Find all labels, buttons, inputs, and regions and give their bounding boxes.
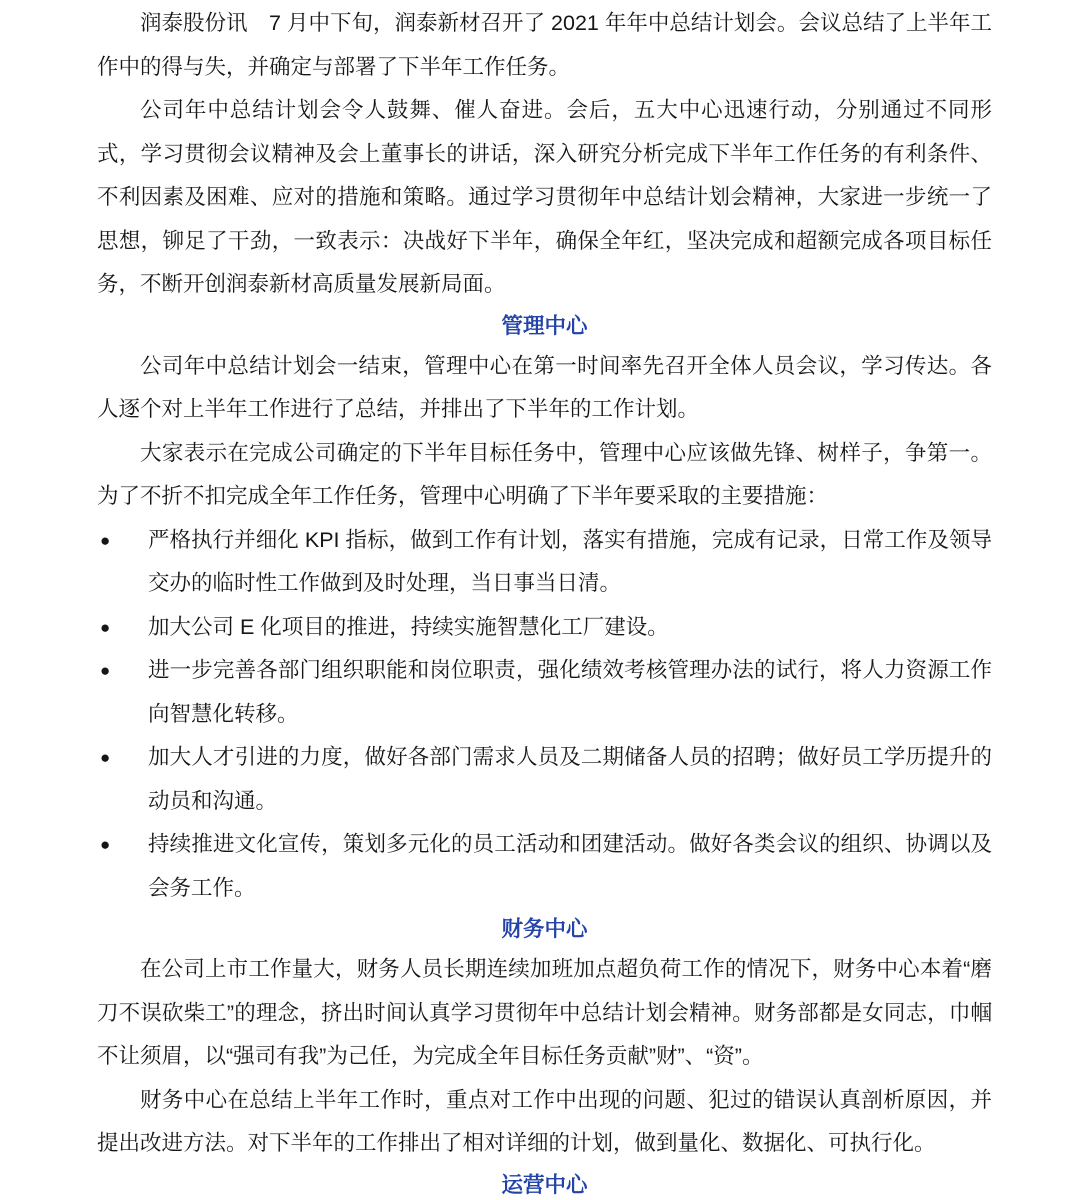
intro-paragraph-2: 公司年中总结计划会令人鼓舞、催人奋进。会后，五大中心迅速行动，分别通过不同形式，…: [97, 89, 992, 307]
bullet-icon: ●: [100, 736, 110, 780]
finance-paragraph-1: 在公司上市工作量大，财务人员长期连续加班加点超负荷工作的情况下，财务中心本着“磨…: [97, 948, 992, 1079]
list-item: ● 进一步完善各部门组织职能和岗位职责，强化绩效考核管理办法的试行，将人力资源工…: [97, 649, 992, 736]
intro-paragraph-1: 润泰股份讯 7 月中下旬，润泰新材召开了 2021 年年中总结计划会。会议总结了…: [97, 2, 992, 89]
bullet-text: 进一步完善各部门组织职能和岗位职责，强化绩效考核管理办法的试行，将人力资源工作向…: [148, 658, 992, 726]
bullet-text: 持续推进文化宣传，策划多元化的员工活动和团建活动。做好各类会议的组织、协调以及会…: [148, 832, 992, 900]
section-heading-finance-center: 财务中心: [97, 910, 992, 948]
management-paragraph-1: 公司年中总结计划会一结束，管理中心在第一时间率先召开全体人员会议，学习传达。各人…: [97, 345, 992, 432]
bullet-icon: ●: [100, 823, 110, 867]
list-item: ● 加大人才引进的力度，做好各部门需求人员及二期储备人员的招聘；做好员工学历提升…: [97, 736, 992, 823]
section-heading-operations-center: 运营中心: [97, 1166, 992, 1200]
bullet-text: 严格执行并细化 KPI 指标，做到工作有计划，落实有措施，完成有记录，日常工作及…: [148, 528, 992, 596]
list-item: ● 严格执行并细化 KPI 指标，做到工作有计划，落实有措施，完成有记录，日常工…: [97, 519, 992, 606]
bullet-text: 加大公司 E 化项目的推进，持续实施智慧化工厂建设。: [148, 615, 669, 639]
finance-paragraph-2: 财务中心在总结上半年工作时，重点对工作中出现的问题、犯过的错误认真剖析原因，并提…: [97, 1079, 992, 1166]
bullet-icon: ●: [100, 606, 110, 650]
document-page: 润泰股份讯 7 月中下旬，润泰新材召开了 2021 年年中总结计划会。会议总结了…: [0, 0, 1089, 1200]
section-heading-management-center: 管理中心: [97, 307, 992, 345]
management-paragraph-2: 大家表示在完成公司确定的下半年目标任务中，管理中心应该做先锋、树样子，争第一。为…: [97, 432, 992, 519]
list-item: ● 持续推进文化宣传，策划多元化的员工活动和团建活动。做好各类会议的组织、协调以…: [97, 823, 992, 910]
bullet-icon: ●: [100, 649, 110, 693]
bullet-icon: ●: [100, 519, 110, 563]
bullet-text: 加大人才引进的力度，做好各部门需求人员及二期储备人员的招聘；做好员工学历提升的动…: [148, 745, 992, 813]
list-item: ● 加大公司 E 化项目的推进，持续实施智慧化工厂建设。: [97, 606, 992, 650]
